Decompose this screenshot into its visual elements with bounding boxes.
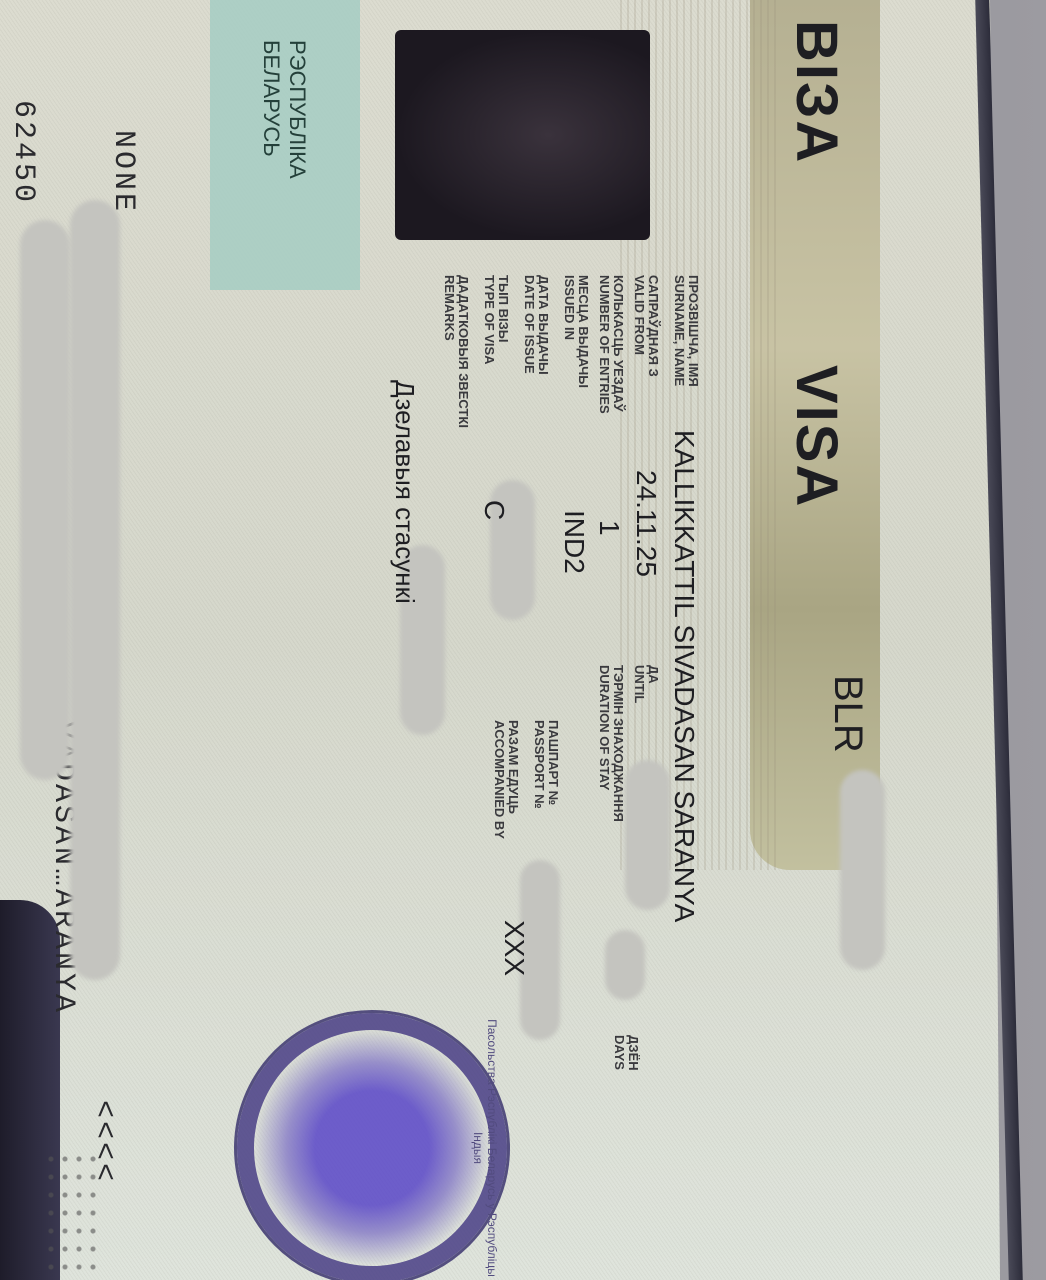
country-code: BLR — [825, 675, 870, 753]
title-en: VISA — [783, 365, 850, 508]
label-accompanied: РАЗАМ ЕДУЦЬACCOMPANIED BY — [492, 720, 520, 839]
redacted-duration — [605, 930, 645, 1000]
value-entries: 1 — [593, 520, 625, 536]
label-entries: КОЛЬКАСЦЬ УЕЗДАЎNUMBER OF ENTRIES — [597, 275, 625, 414]
value-valid-from: 24.11.25 — [630, 470, 662, 577]
mrz-line-1: NONE — [106, 130, 140, 214]
value-remarks: Дзелавыя стасункі — [389, 380, 420, 604]
holder-photo — [395, 30, 650, 240]
title-by: ВІЗА — [783, 20, 850, 164]
redacted-until — [625, 760, 670, 910]
value-type: C — [478, 500, 510, 520]
label-days: ДЗЁНDAYS — [612, 1035, 640, 1071]
redacted-mrz-1 — [70, 200, 120, 980]
label-passport: ПАШПАРТ №PASSPORT № — [532, 720, 560, 809]
label-remarks: ДАДАТКОВЫЯ ЗВЕСТКІREMARKS — [442, 275, 470, 428]
label-issued-in: МЕСЦА ВЫДАЧЫISSUED IN — [562, 275, 590, 388]
label-duration: ТЭРМІН ЗНАХОДЖАННЯDURATION OF STAY — [597, 665, 625, 822]
label-date-of-issue: ДАТА ВЫДАЧЫDATE OF ISSUE — [522, 275, 550, 375]
label-valid-from: САПРАЎДНАЯ ЗVALID FROM — [632, 275, 660, 377]
mrz-partial: 62450 — [6, 100, 40, 205]
redacted-visa-number — [840, 770, 885, 970]
country-name: РЭСПУБЛІКА БЕЛАРУСЬ — [258, 40, 310, 179]
visa-sticker: ВІЗА VISA BLR РЭСПУБЛІКА БЕЛАРУСЬ ПРОЗВІ… — [0, 0, 1000, 1280]
label-until: ДАUNTIL — [632, 665, 660, 703]
redacted-mrz-2 — [20, 220, 70, 780]
value-accompanied: XXX — [498, 920, 530, 976]
label-type: ТЫП ВІЗЫTYPE OF VISA — [482, 275, 510, 365]
value-issued-in: IND2 — [558, 510, 590, 574]
perforation-dots — [40, 1150, 100, 1270]
value-surname: KALLIKKATTIL SIVADASAN SARANYA — [668, 430, 700, 922]
label-surname: ПРОЗВІШЧА, ІМЯSURNAME, NAME — [672, 275, 700, 387]
consular-stamp: Пасольства Рэспублікі Беларусь у Рэспубл… — [234, 1010, 510, 1280]
